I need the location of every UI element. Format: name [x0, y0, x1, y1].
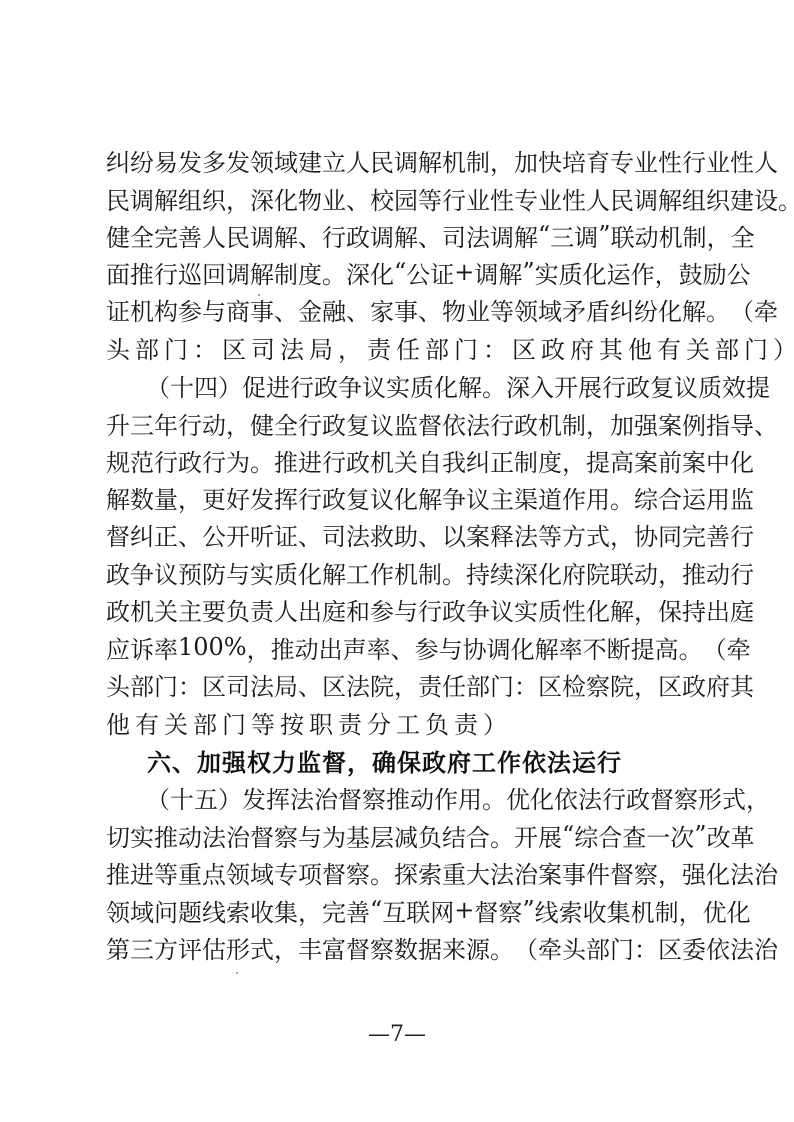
text-line: 政争议预防与实质化解工作机制。持续深化府院联动，推动行 [106, 557, 691, 587]
text-line: 应诉率100%，推动出声率、参与协调化解率不断提高。（牵 [106, 632, 691, 662]
text-line: 头部门：区司法局，责任部门：区政府其他有关部门） [106, 332, 691, 362]
page-number: —7— [0, 1022, 794, 1047]
text-line: 健全完善人民调解、行政调解、司法调解“三调”联动机制，全 [106, 220, 691, 250]
text-line: （十五）发挥法治督察推动作用。优化依法行政督察形式， [146, 782, 691, 812]
text-line: （十四）促进行政争议实质化解。深入开展行政复议质效提 [146, 370, 691, 400]
document-page: 纠纷易发多发领域建立人民调解机制，加快培育专业性行业性人民调解组织，深化物业、校… [0, 0, 794, 1122]
text-line: 面推行巡回调解制度。深化“公证+调解”实质化运作，鼓励公 [106, 257, 691, 287]
section-heading: 六、加强权力监督，确保政府工作依法运行 [147, 745, 622, 775]
text-line: 规范行政行为。推进行政机关自我纠正制度，提高案前案中化 [106, 445, 691, 475]
text-line: 升三年行动，健全行政复议监督依法行政机制，加强案例指导、 [106, 408, 691, 438]
text-line: 纠纷易发多发领域建立人民调解机制，加快培育专业性行业性人 [106, 145, 691, 175]
text-line: 头部门：区司法局、区法院，责任部门：区检察院，区政府其 [106, 669, 691, 699]
text-line: 证机构参与商事、金融、家事、物业等领域矛盾纠纷化解。（牵 [106, 294, 691, 324]
text-line: 第三方评估形式，丰富督察数据来源。（牵头部门：区委依法治 [106, 932, 691, 962]
text-line: 督纠正、公开听证、司法救助、以案释法等方式，协同完善行 [106, 519, 691, 549]
text-line: 切实推动法治督察与为基层减负结合。开展“综合查一次”改革 [106, 820, 691, 850]
text-line: 政机关主要负责人出庭和参与行政争议实质性化解，保持出庭 [106, 594, 691, 624]
text-line: 民调解组织，深化物业、校园等行业性专业性人民调解组织建设。 [106, 183, 691, 213]
scan-speck [258, 294, 260, 296]
text-line: 推进等重点领域专项督察。探索重大法治案事件督察，强化法治 [106, 857, 691, 887]
text-line: 解数量，更好发挥行政复议化解争议主渠道作用。综合运用监 [106, 482, 691, 512]
text-line: 领域问题线索收集，完善“互联网+督察”线索收集机制，优化 [106, 895, 691, 925]
scan-speck [236, 972, 238, 974]
text-line: 他有关部门等按职责分工负责） [106, 707, 691, 737]
